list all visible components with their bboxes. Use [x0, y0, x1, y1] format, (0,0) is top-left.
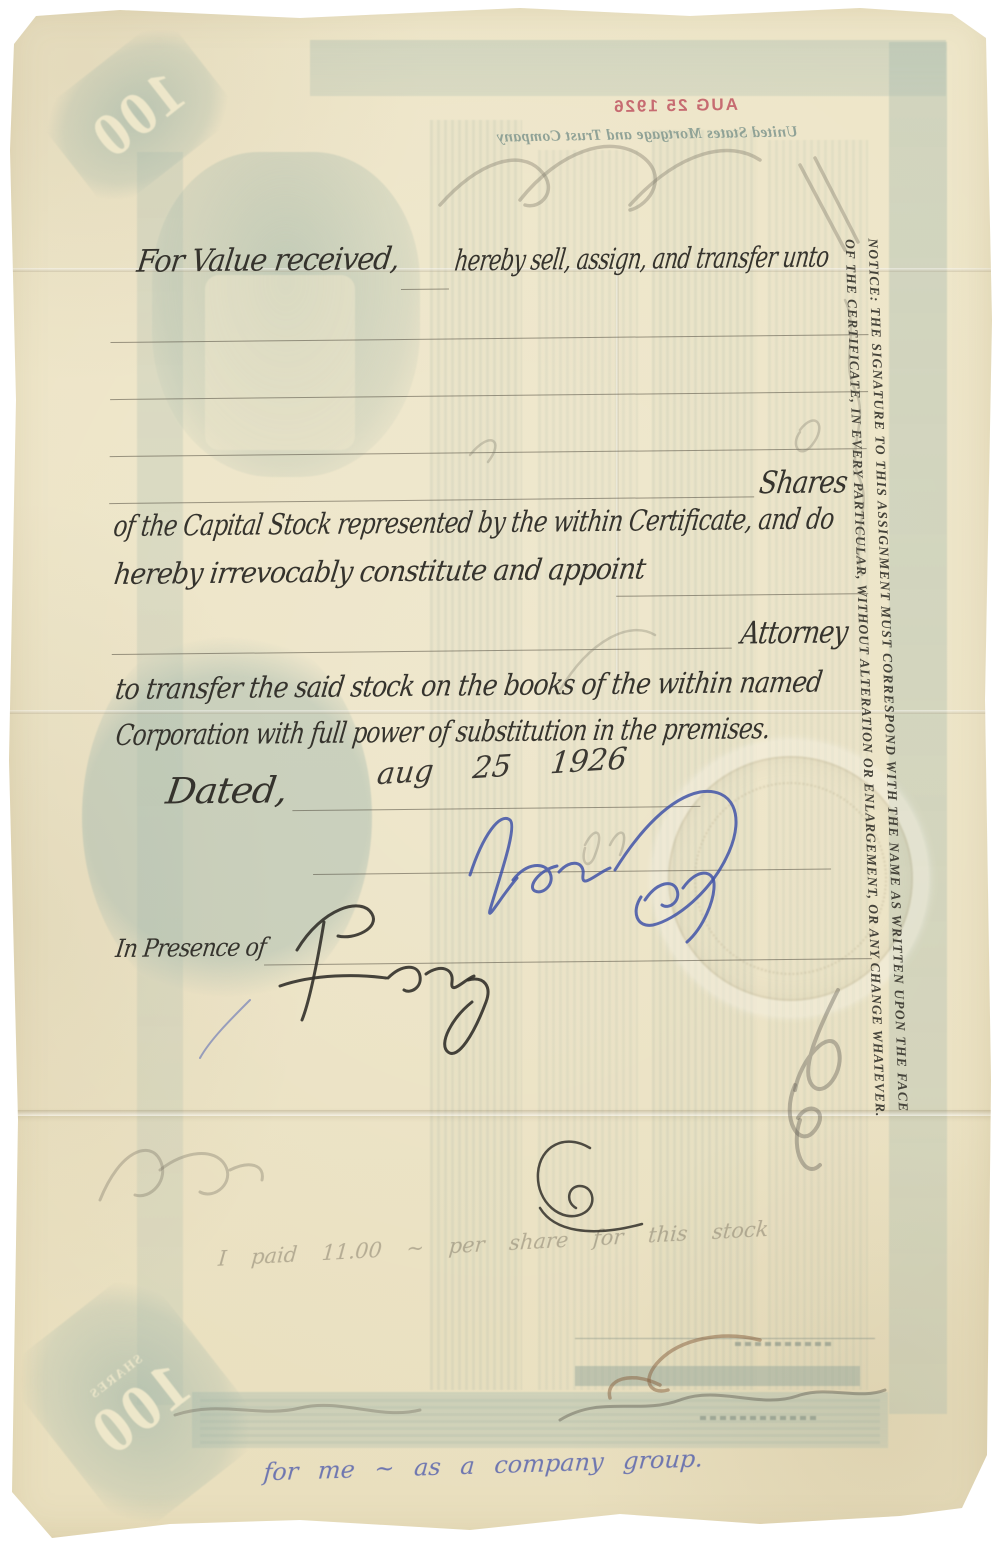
blank-line-1[interactable] [110, 334, 868, 343]
margin-notice: NOTICE: THE SIGNATURE TO THIS ASSIGNMENT… [838, 238, 915, 1118]
handwritten-date: aug 25 1926 [375, 741, 628, 792]
paper-sheet: 100 SHARES 100 AUG 25 1926 United States… [0, 0, 1000, 1543]
shares-label: Shares [757, 464, 849, 501]
blank-line-3[interactable] [110, 448, 867, 457]
blank-line-2[interactable] [110, 391, 868, 400]
in-presence-label: In Presence of [114, 932, 268, 963]
clause-appoint: hereby irrevocably constitute and appoin… [112, 551, 647, 591]
dated-line[interactable] [292, 806, 700, 811]
blank-assignor[interactable] [401, 289, 449, 291]
clause-capital-stock: of the Capital Stock represented by the … [112, 501, 836, 543]
pencil-note: I paid 11.00 ~ per share for this stock [217, 1217, 769, 1271]
blank-appointee[interactable] [616, 593, 868, 597]
blank-attorney[interactable] [112, 648, 732, 655]
dated-label: Dated, [163, 770, 289, 812]
printed-form: For Value received, hereby sell, assign,… [0, 0, 1000, 1543]
blue-ink-note: for me ~ as a company group. [262, 1445, 704, 1487]
scanned-document: 100 SHARES 100 AUG 25 1926 United States… [0, 0, 1000, 1543]
form-opening-left: For Value received, [135, 241, 402, 280]
signature-line[interactable] [313, 869, 831, 875]
form-opening-right: hereby sell, assign, and transfer unto [453, 240, 831, 278]
attorney-label: Attorney [739, 614, 850, 651]
clause-transfer: to transfer the said stock on the books … [113, 665, 824, 706]
clause-corporation: Corporation with full power of substitut… [114, 711, 772, 752]
witness-line[interactable] [264, 958, 872, 965]
